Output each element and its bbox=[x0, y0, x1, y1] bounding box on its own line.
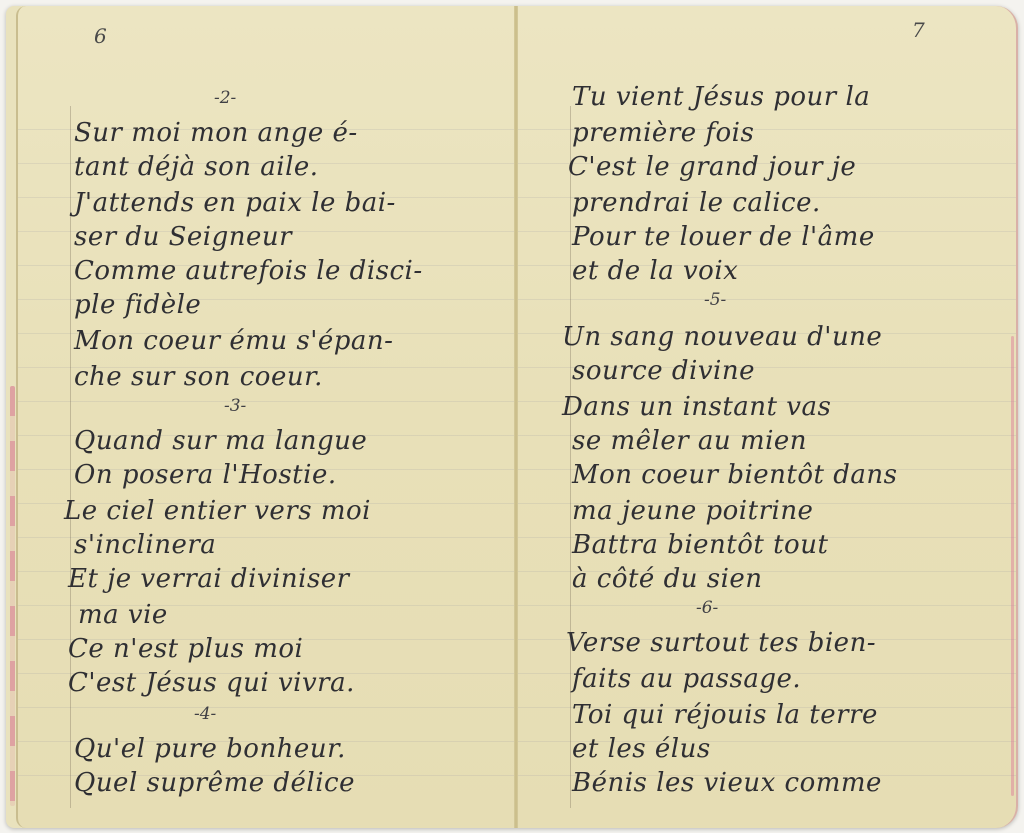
verse-line: ple fidèle bbox=[74, 290, 201, 320]
stanza-marker: -2- bbox=[214, 88, 236, 108]
verse-line: Qu'el pure bonheur. bbox=[74, 734, 346, 764]
verse-line: Sur moi mon ange é- bbox=[74, 118, 358, 148]
verse-line: Ce n'est plus moi bbox=[68, 634, 303, 664]
verse-line: Le ciel entier vers moi bbox=[64, 496, 371, 526]
verse-line: prendrai le calice. bbox=[572, 188, 821, 218]
verse-line: Verse surtout tes bien- bbox=[566, 628, 876, 658]
margin-line bbox=[70, 106, 71, 808]
verse-line: Tu vient Jésus pour la bbox=[572, 82, 870, 112]
verse-line: Toi qui réjouis la terre bbox=[572, 700, 878, 730]
verse-line: Mon coeur bientôt dans bbox=[572, 460, 897, 490]
red-page-edge bbox=[10, 386, 15, 806]
verse-line: Et je verrai diviniser bbox=[68, 564, 350, 594]
verse-line: s'inclinera bbox=[74, 530, 216, 560]
verse-line: Mon coeur ému s'épan- bbox=[74, 326, 393, 356]
right-page: 7 Tu vient Jésus pour la première fois C… bbox=[518, 6, 1018, 828]
verse-line: tant déjà son aile. bbox=[74, 152, 319, 182]
verse-line: se mêler au mien bbox=[572, 426, 807, 456]
verse-line: ma vie bbox=[78, 600, 168, 630]
verse-line: Quand sur ma langue bbox=[74, 426, 367, 456]
page-number: 7 bbox=[912, 18, 925, 42]
stanza-marker: -6- bbox=[696, 598, 718, 618]
verse-line: che sur son coeur. bbox=[74, 362, 323, 392]
verse-line: C'est le grand jour je bbox=[568, 152, 856, 182]
stanza-marker: -5- bbox=[704, 290, 726, 310]
verse-line: ser du Seigneur bbox=[74, 222, 292, 252]
margin-line bbox=[570, 106, 571, 808]
verse-line: source divine bbox=[572, 356, 755, 386]
verse-line: Quel suprême délice bbox=[74, 768, 355, 798]
verse-line: C'est Jésus qui vivra. bbox=[68, 668, 355, 698]
verse-line: J'attends en paix le bai- bbox=[74, 188, 396, 218]
verse-line: Bénis les vieux comme bbox=[572, 768, 882, 798]
verse-line: première fois bbox=[572, 118, 754, 148]
verse-line: Pour te louer de l'âme bbox=[572, 222, 875, 252]
verse-line: et les élus bbox=[572, 734, 711, 764]
verse-line: ma jeune poitrine bbox=[572, 496, 813, 526]
verse-line: Un sang nouveau d'une bbox=[562, 322, 882, 352]
left-page: 6 -2- Sur moi mon ange é- tant déjà son … bbox=[16, 6, 518, 828]
verse-line: et de la voix bbox=[572, 256, 738, 286]
page-number: 6 bbox=[94, 24, 107, 48]
verse-line: Battra bientôt tout bbox=[572, 530, 828, 560]
verse-line: Comme autrefois le disci- bbox=[74, 256, 423, 286]
verse-line: à côté du sien bbox=[572, 564, 763, 594]
verse-line: On posera l'Hostie. bbox=[74, 460, 337, 490]
open-notebook: 6 -2- Sur moi mon ange é- tant déjà son … bbox=[6, 6, 1018, 828]
verse-line: faits au passage. bbox=[572, 664, 801, 694]
verse-line: Dans un instant vas bbox=[562, 392, 831, 422]
stanza-marker: -3- bbox=[224, 396, 246, 416]
red-page-edge bbox=[1011, 336, 1014, 796]
stanza-marker: -4- bbox=[194, 704, 216, 724]
